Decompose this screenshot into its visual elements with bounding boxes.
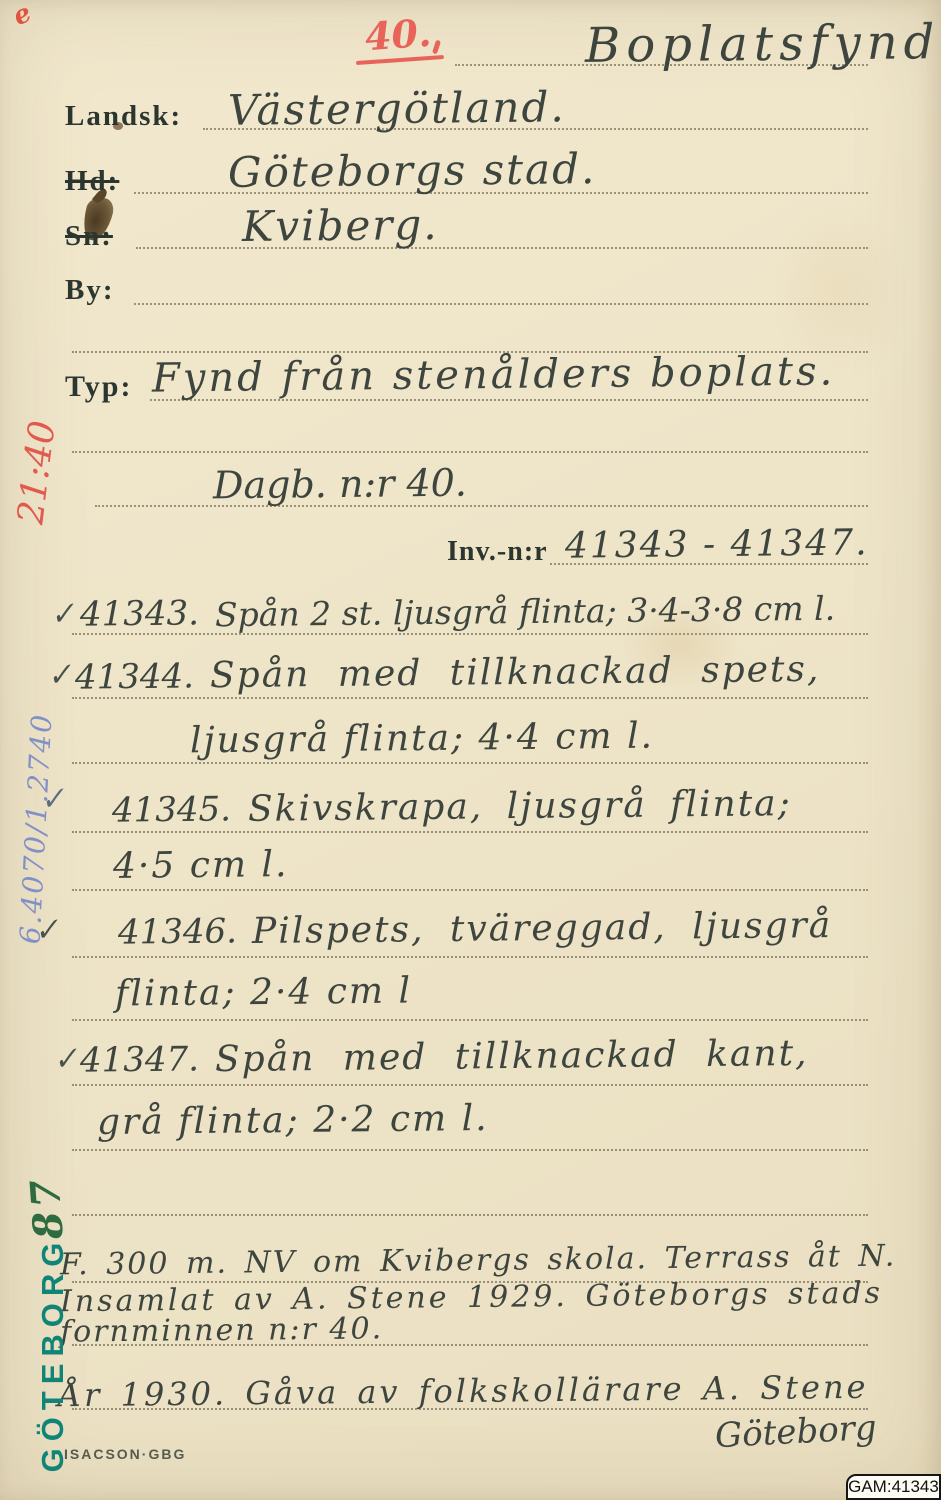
signature-place: Göteborg: [714, 1408, 878, 1456]
vertical-red-number: 21:40: [6, 386, 67, 560]
item-number: 41344.: [75, 656, 194, 697]
field-value-inv: 41343 - 41347.: [565, 522, 869, 566]
provenance-line: fornminnen n:r 40.: [60, 1311, 383, 1349]
item-number: 41343.: [80, 593, 199, 634]
provenance-line: F. 300 m. NV om Kvibergs skola. Terrass …: [60, 1239, 897, 1283]
diary-number: Dagb. n:r 40.: [213, 461, 467, 508]
goteborg-stamp: GÖTEBORG: [35, 1234, 71, 1474]
corner-red-mark: e: [9, 0, 36, 32]
field-value-hd: Göteborgs stad.: [228, 144, 597, 197]
ruled-line: [72, 1149, 868, 1151]
field-value-sn: Kviberg.: [242, 200, 439, 251]
item-text: flinta; 2·4 cm l: [115, 970, 412, 1014]
ruled-line: [72, 1019, 868, 1021]
checkmark-icon: ✓: [48, 595, 78, 633]
ruled-line: [72, 831, 868, 833]
ruled-line: [134, 303, 868, 305]
item-text: Skivskrapa, ljusgrå flinta;: [248, 783, 792, 830]
item-number: 41346.: [118, 911, 237, 952]
card-title: Boplatsfynd: [585, 14, 941, 74]
item-text: Spån med tillknackad spets,: [210, 649, 821, 696]
ruled-line: [72, 762, 868, 764]
field-label-sn: Sn:: [65, 220, 113, 253]
field-value-landsk: Västergötland.: [228, 82, 566, 135]
field-label-typ: Typ:: [65, 370, 132, 404]
ruled-line: [72, 889, 868, 891]
ruled-line: [72, 697, 868, 699]
field-label-inv: Inv.-n:r: [447, 536, 548, 568]
ruled-line: [72, 1084, 868, 1086]
item-number: 41347.: [80, 1039, 199, 1080]
field-label-hd: Hd:: [65, 165, 119, 198]
item-text: 4·5 cm l.: [113, 844, 289, 887]
ruled-line: [95, 505, 868, 507]
checkmark-icon: ✓: [51, 1040, 81, 1078]
card-number-tick: [432, 40, 441, 55]
item-text: Pilspets, tväreggad, ljusgrå: [252, 905, 833, 952]
field-label-by: By:: [65, 274, 115, 307]
field-label-landsk: Landsk:: [65, 100, 182, 133]
ruled-line: [72, 451, 868, 453]
card-number: 40.: [364, 10, 433, 60]
item-number: 41345.: [112, 789, 231, 830]
accession-id-label: GAM:41343: [846, 1474, 941, 1500]
ruled-line: [72, 1214, 868, 1216]
field-value-typ: Fynd från stenålders boplats.: [152, 348, 836, 401]
printer-mark: ISACSON·GBG: [64, 1446, 186, 1462]
item-text: Spån med tillknackad kant,: [215, 1033, 809, 1080]
item-text: grå flinta; 2·2 cm l.: [97, 1098, 489, 1143]
item-text: Spån 2 st. ljusgrå flinta; 3·4-3·8 cm l.: [215, 589, 835, 634]
item-text: ljusgrå flinta; 4·4 cm l.: [190, 716, 654, 762]
ruled-line: [72, 956, 868, 958]
catalog-card: e 40. Boplatsfynd Landsk: Västergötland.…: [0, 0, 941, 1500]
